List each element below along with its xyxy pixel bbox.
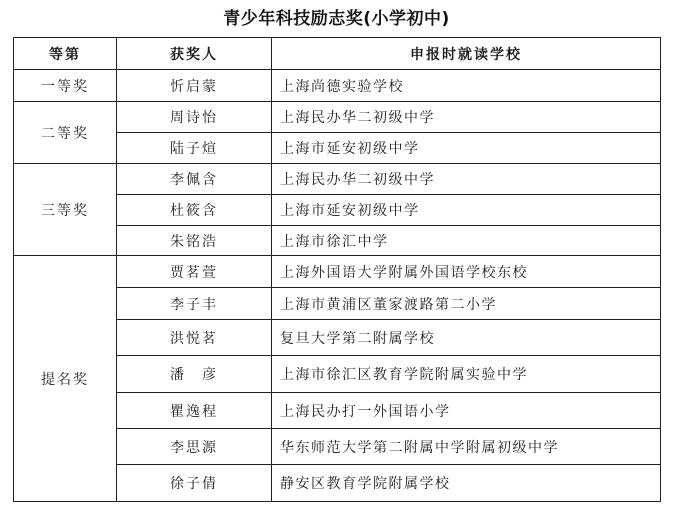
school-name: 上海民办华二初级中学	[272, 102, 661, 133]
winner-name: 瞿逸程	[117, 393, 272, 429]
school-name: 复旦大学第二附属学校	[272, 320, 661, 356]
document-title: 青少年科技励志奖(小学初中)	[0, 4, 673, 29]
school-name: 上海市延安初级中学	[272, 133, 661, 164]
school-name: 上海民办打一外国语小学	[272, 393, 661, 429]
winner-name: 忻启蒙	[117, 70, 272, 102]
award-level: 三等奖	[14, 164, 117, 256]
table-row: 三等奖 李佩含 上海民办华二初级中学	[14, 164, 661, 195]
school-name: 上海市延安初级中学	[272, 195, 661, 226]
winner-name: 贾茗萱	[117, 256, 272, 288]
winner-name: 周诗怡	[117, 102, 272, 133]
winner-name: 陆子煊	[117, 133, 272, 164]
school-name: 华东师范大学第二附属中学附属初级中学	[272, 429, 661, 465]
award-level: 二等奖	[14, 102, 117, 164]
awards-table: 等第 获奖人 申报时就读学校 一等奖 忻启蒙 上海尚德实验学校 二等奖 周诗怡 …	[13, 37, 661, 502]
winner-name: 李思源	[117, 429, 272, 465]
winner-name: 朱铭浩	[117, 226, 272, 256]
school-name: 静安区教育学院附属学校	[272, 465, 661, 502]
winner-name: 李子丰	[117, 288, 272, 320]
header-school: 申报时就读学校	[272, 38, 661, 70]
award-level: 一等奖	[14, 70, 117, 102]
school-name: 上海市徐汇区教育学院附属实验中学	[272, 356, 661, 393]
header-level: 等第	[14, 38, 117, 70]
table-row: 一等奖 忻启蒙 上海尚德实验学校	[14, 70, 661, 102]
award-level: 提名奖	[14, 256, 117, 502]
header-winner: 获奖人	[117, 38, 272, 70]
school-name: 上海民办华二初级中学	[272, 164, 661, 195]
winner-name: 徐子倩	[117, 465, 272, 502]
school-name: 上海市黄浦区董家渡路第二小学	[272, 288, 661, 320]
table-row: 提名奖 贾茗萱 上海外国语大学附属外国语学校东校	[14, 256, 661, 288]
school-name: 上海市徐汇中学	[272, 226, 661, 256]
winner-name: 潘 彦	[117, 356, 272, 393]
winner-name: 李佩含	[117, 164, 272, 195]
winner-name: 杜筱含	[117, 195, 272, 226]
school-name: 上海尚德实验学校	[272, 70, 661, 102]
table-header-row: 等第 获奖人 申报时就读学校	[14, 38, 661, 70]
table-row: 二等奖 周诗怡 上海民办华二初级中学	[14, 102, 661, 133]
school-name: 上海外国语大学附属外国语学校东校	[272, 256, 661, 288]
winner-name: 洪悦茗	[117, 320, 272, 356]
